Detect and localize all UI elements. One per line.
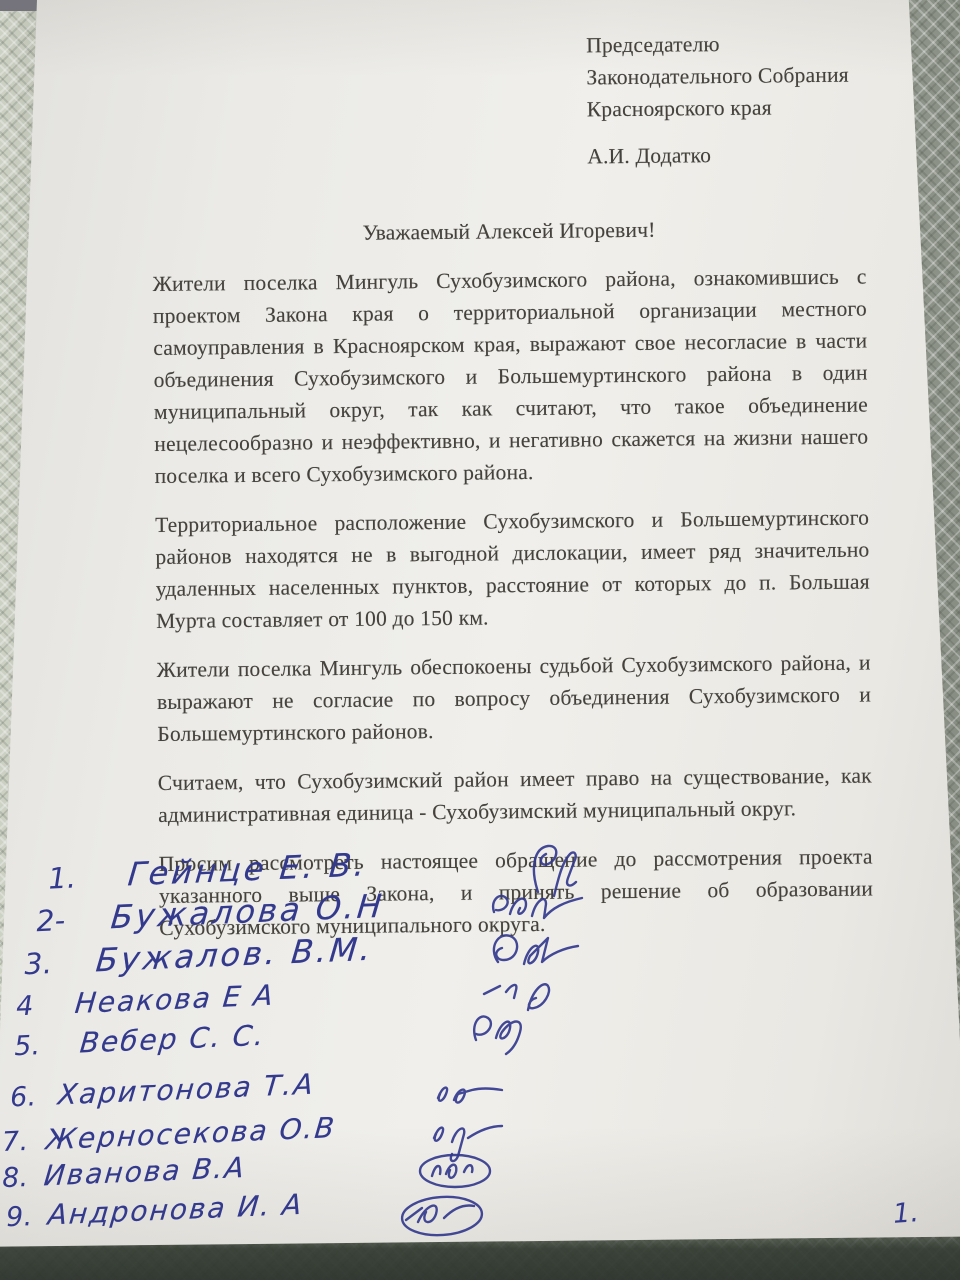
signer-name: Бужалов. В.М.: [94, 930, 375, 980]
signature-mark-8: [416, 1150, 494, 1192]
signer-name: Жерносекова О.В: [44, 1111, 337, 1156]
signer-row: 9. Андронова И. А: [5, 1188, 304, 1233]
signer-row: 8. Иванова В.А: [1, 1151, 246, 1194]
signer-name: Харитонова Т.А: [56, 1068, 316, 1112]
signer-row: 7. Жерносекова О.В: [1, 1111, 336, 1158]
signer-row: 5. Вебер С. С.: [13, 1019, 265, 1062]
signer-name: Иванова В.А: [42, 1151, 247, 1193]
photographed-letter: Председателю Законодательного Собрания К…: [0, 0, 960, 1280]
signer-number: 2-: [35, 903, 65, 938]
signer-name: Бужалова О.Н: [109, 887, 386, 937]
signer-name: Неакова Е А: [74, 978, 277, 1020]
signer-name: Гейнце Е. В.: [126, 845, 369, 893]
signer-number: 5.: [14, 1030, 41, 1062]
signer-number: 1.: [47, 861, 76, 896]
signature-mark-6: [428, 1076, 513, 1112]
signer-row: 6. Харитонова Т.А: [9, 1068, 315, 1114]
signature-mark-2: [486, 886, 586, 932]
signers-list: 1. Гейнце Е. В. 2- Бужалова О.Н 3. Бужал…: [0, 0, 960, 1280]
signer-number: 4: [16, 991, 34, 1023]
signer-row: 4 Неакова Е А: [15, 979, 275, 1023]
signer-name: Вебер С. С.: [78, 1019, 266, 1060]
signature-mark-9: [396, 1190, 484, 1242]
signature-mark-5: [466, 1006, 546, 1058]
signer-number: 3.: [23, 946, 52, 981]
signer-name: Андронова И. А: [46, 1188, 305, 1232]
signer-number: 7.: [2, 1126, 29, 1158]
signer-number: 8.: [1, 1162, 28, 1194]
page-number: 1.: [892, 1197, 920, 1230]
signer-number: 9.: [6, 1201, 33, 1233]
signer-number: 6.: [10, 1081, 37, 1113]
